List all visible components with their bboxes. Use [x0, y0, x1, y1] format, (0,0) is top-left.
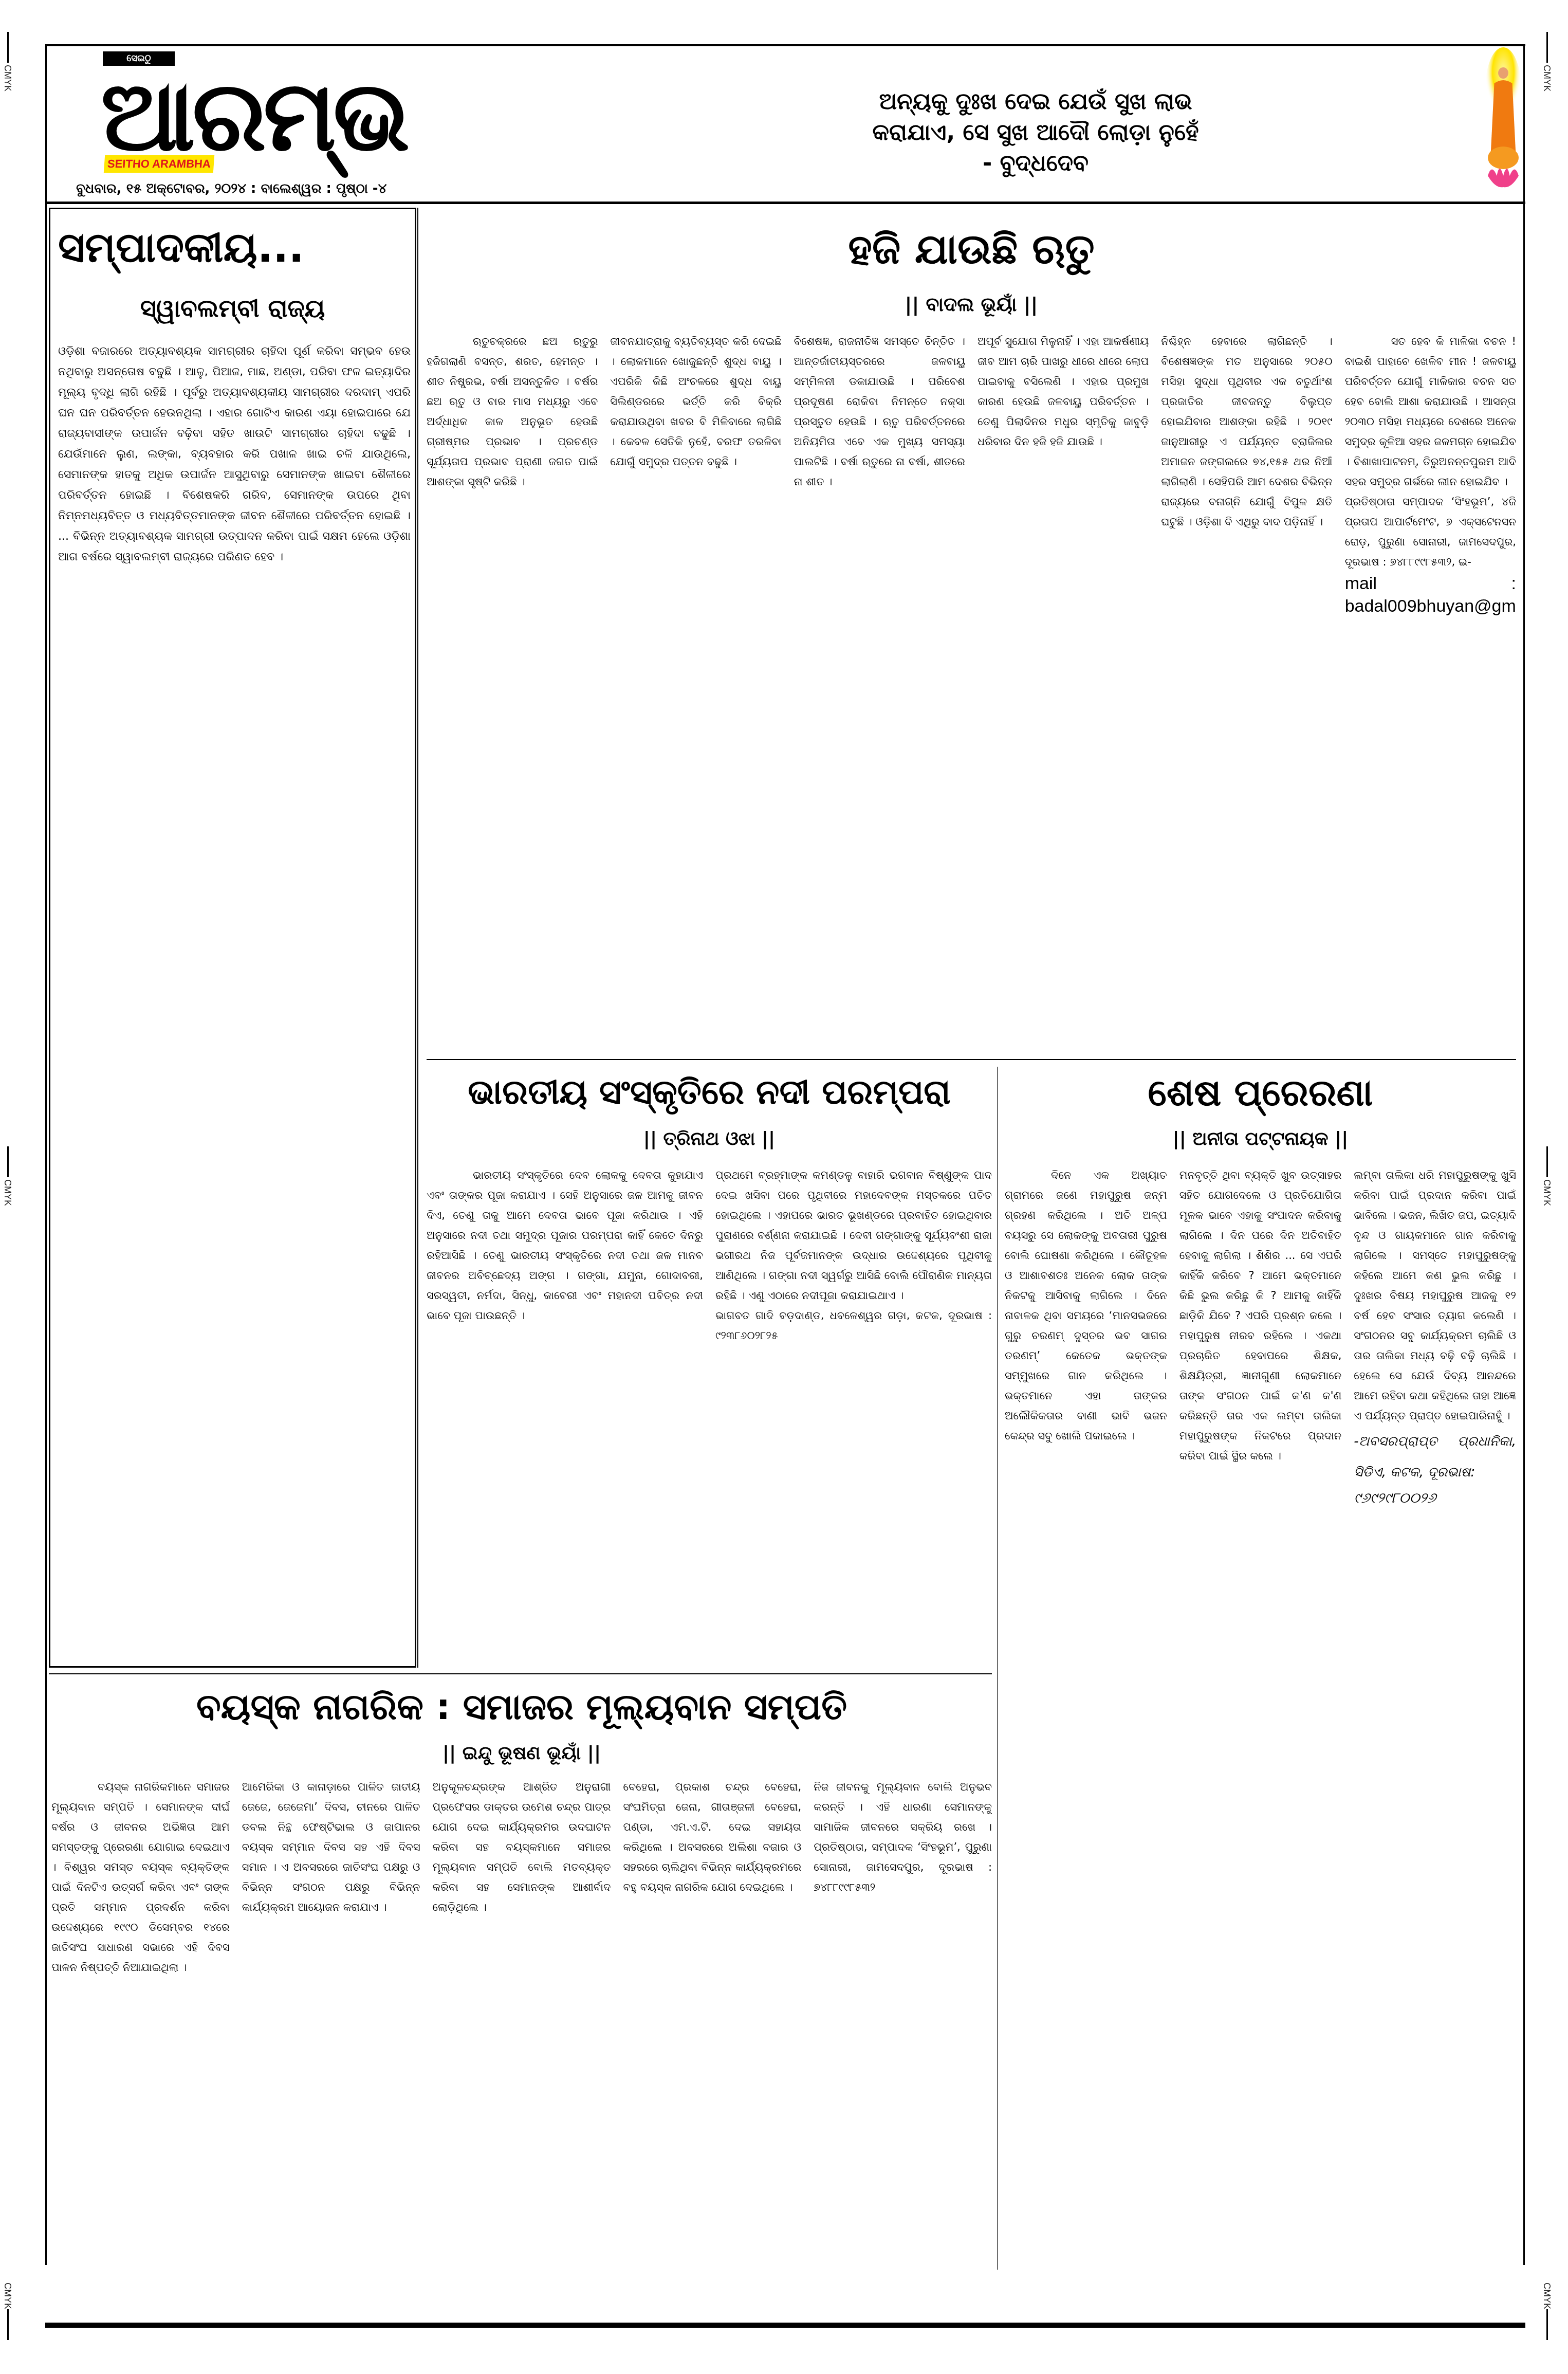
section-divider — [427, 1059, 1516, 1060]
article-column: ପ୍ରଥମେ ବ୍ରହ୍ମାଙ୍କ କମଣ୍ଡଳୁ ବାହାରି ଭଗବାନ ବ… — [715, 1165, 992, 1618]
author-address: -ଅବସରପ୍ରାପ୍ତ ପ୍ରଧାନିକା, ସିଡିଏ, କଟକ, ଦୂରଭ… — [1354, 1426, 1516, 1488]
author-email: mail : badal009bhuyan@gmail.com — [1345, 572, 1516, 617]
editorial-label: ସମ୍ପାଦକୀୟ... — [50, 209, 415, 273]
article-column: ଦିନେ ଏକ ଅଖ୍ୟାତ ଗ୍ରାମରେ ଜଣେ ମହାପୁରୁଷ ଜନ୍ମ… — [1005, 1165, 1167, 2276]
registration-mark-top-right: CMYK — [1542, 32, 1552, 92]
article-column: ସତ ହେବ କି ମାଳିକା ବଚନ ! ବାଇଶି ପାହାଚେ ଖେଳି… — [1345, 332, 1516, 1077]
article-column: ନିଶ୍ଚିହ୍ନ ହେବାରେ ଲାଗିଛନ୍ତି । ବିଶେଷଜ୍ଞଙ୍କ… — [1161, 332, 1332, 1077]
section-divider — [49, 1673, 992, 1674]
registration-mark-bottom-right: CMYK — [1542, 2282, 1552, 2340]
quote-line-1: ଅନ୍ୟକୁ ଦୁଃଖ ଦେଇ ଯେଉଁ ସୁଖ ଲାଭ — [843, 86, 1228, 117]
article-column: ଜୀବନଯାତ୍ରାକୁ ବ୍ୟତିବ୍ୟସ୍ତ କରି ଦେଇଛି । ଲୋକ… — [610, 332, 781, 1077]
article-title: ଶେଷ ପ୍ରେରଣା — [1005, 1067, 1516, 1118]
newspaper-logo: ଆରମ୍ଭ — [101, 65, 407, 168]
article-column: ଭାରତୀୟ ସଂସ୍କୃତିରେ ଦେବ ଲୋକକୁ ଦେବତା କୁହାଯା… — [427, 1165, 703, 1618]
page-frame-left — [45, 44, 47, 2265]
buddha-image-icon — [1485, 47, 1521, 199]
article-column: ଲମ୍ବା ତାଲିକା ଧରି ମହାପୁରୁଷଙ୍କୁ ଖୁସି କରିବା… — [1354, 1165, 1516, 2276]
article-column: ମନବୃତ୍ତି ଥିବା ବ୍ୟକ୍ତି ଖୁବ ଉତ୍ସାହର ସହିତ ଯ… — [1179, 1165, 1342, 2276]
article-column: ବେହେରା, ପ୍ରକାଶ ଚନ୍ଦ୍ର ବେହେରା, ସଂଘମିତ୍ରା … — [623, 1777, 801, 2302]
editorial-box: ସମ୍ପାଦକୀୟ... ସ୍ୱାବଲମ୍ବୀ ରାଜ୍ୟ ଓଡ଼ିଶା ବଜା… — [49, 208, 416, 1668]
registration-mark-mid-right: CMYK — [1542, 1146, 1552, 1206]
column-rule — [417, 208, 418, 1668]
page-frame-bottom — [45, 2323, 1525, 2328]
article-bharatiya-sanskruti: ଭାରତୀୟ ସଂସ୍କୃତିରେ ନଦୀ ପରମ୍ପରା || ତ୍ରିନାଥ… — [427, 1067, 992, 1618]
page-frame-right — [1523, 44, 1525, 2265]
article-hazi-jauchhi-ritu: ହଜି ଯାଉଛି ଋତୁ || ବାଦଲ ଭୂୟାଁ || ଋତୁଚକ୍ରରେ… — [427, 211, 1516, 1077]
article-title: ହଜି ଯାଉଛି ଋତୁ — [427, 221, 1516, 278]
quote-line-2: କରାଯାଏ, ସେ ସୁଖ ଆଦୌ ଲୋଡ଼ା ନୁହେଁ — [843, 117, 1228, 148]
article-title: ବୟସ୍କ ନାଗରିକ : ସମାଜର ମୂଲ୍ୟବାନ ସମ୍ପତି — [51, 1678, 992, 1735]
column-rule — [997, 1067, 998, 2270]
registration-mark-mid-left: CMYK — [3, 1146, 13, 1206]
article-column: ଆମେରିକା ଓ କାନାଡ଼ାରେ ପାଳିତ ଜାତୀୟ ଜେଜେ, ଜେ… — [242, 1777, 420, 2302]
article-column: ଅପୂର୍ବ ସୁଯୋଗ ମିଳୁନାହିଁ । ଏହା ଆକର୍ଷଣୀୟ ଜୀ… — [977, 332, 1149, 1077]
article-shesha-prerana: ଶେଷ ପ୍ରେରଣା || ଅନୀତା ପଟ୍ଟନାୟକ || ଦିନେ ଏକ… — [1005, 1067, 1516, 2276]
quote-of-the-day: ଅନ୍ୟକୁ ଦୁଃଖ ଦେଇ ଯେଉଁ ସୁଖ ଲାଭ କରାଯାଏ, ସେ … — [843, 86, 1228, 179]
article-byline: || ଅନୀତା ପଟ୍ଟନାୟକ || — [1005, 1128, 1516, 1150]
quote-author: - ବୁଦ୍ଧଦେବ — [843, 148, 1228, 179]
page-frame-top — [45, 44, 1525, 46]
article-byline: || ତ୍ରିନାଥ ଓଝା || — [427, 1128, 992, 1150]
article-byline: || ବାଦଲ ଭୂୟାଁ || — [427, 293, 1516, 316]
author-address: ଭାଗବତ ଗାଦି ବଡ଼ଦାଣ୍ଡ, ଧବଳେଶ୍ୱର ଗଡ଼ା, କଟକ,… — [715, 1306, 992, 1346]
article-column: ବିଶେଷଜ୍ଞ, ରାଜନୀତିଜ୍ଞ ସମସ୍ତେ ଚିନ୍ତିତ । ଆନ… — [794, 332, 965, 1077]
article-column: ନିଜ ଜୀବନକୁ ମୂଲ୍ୟବାନ ବୋଲି ଅନୁଭବ କରନ୍ତି । … — [814, 1777, 992, 2302]
dateline: ବୁଧବାର, ୧୫ ଅକ୍ଟୋବର, ୨୦୨୪ : ବାଲେଶ୍ୱର : ପୃ… — [76, 181, 215, 197]
article-bayaska-nagarika: ବୟସ୍କ ନାଗରିକ : ସମାଜର ମୂଲ୍ୟବାନ ସମ୍ପତି || … — [51, 1678, 992, 2302]
registration-mark-top-left: CMYK — [3, 32, 13, 92]
article-column: ବୟସ୍କ ନାଗରିକମାନେ ସମାଜର ମୂଲ୍ୟବାନ ସମ୍ପତି ।… — [51, 1777, 230, 2302]
logo-english-badge: SEITHO ARAMBHA — [104, 155, 214, 173]
article-column: ଅନୁକୂଳଚନ୍ଦ୍ରଙ୍କ ଆଶ୍ରିତ ଅନୁରାଗୀ ପ୍ରଫେସର ଡ… — [433, 1777, 611, 2302]
author-address: ପ୍ରତିଷ୍ଠାତା ସମ୍ପାଦକ ‘ସିଂହଭୂମ’, ୪ଜି ପ୍ରତା… — [1345, 492, 1516, 572]
article-column: ଋତୁଚକ୍ରରେ ଛଅ ଋତୁରୁ ହଜିଗଲାଣି ବସନ୍ତ, ଶରତ, … — [427, 332, 598, 1077]
editorial-title: ସ୍ୱାବଲମ୍ବୀ ରାଜ୍ୟ — [50, 294, 415, 323]
editorial-body: ଓଡ଼ିଶା ବଜାରରେ ଅତ୍ୟାବଶ୍ୟକ ସାମଗ୍ରୀର ଚାହିଦା… — [50, 323, 415, 568]
author-phone: ୯୬୯୨୯୮୦୦୨୬ — [1354, 1488, 1516, 1508]
registration-mark-bottom-left: CMYK — [3, 2282, 13, 2340]
masthead-divider — [45, 202, 1525, 204]
article-title: ଭାରତୀୟ ସଂସ୍କୃତିରେ ନଦୀ ପରମ୍ପରା — [427, 1067, 992, 1118]
article-byline: || ଇନ୍ଦୁ ଭୂଷଣ ଭୂୟାଁ || — [51, 1743, 992, 1764]
